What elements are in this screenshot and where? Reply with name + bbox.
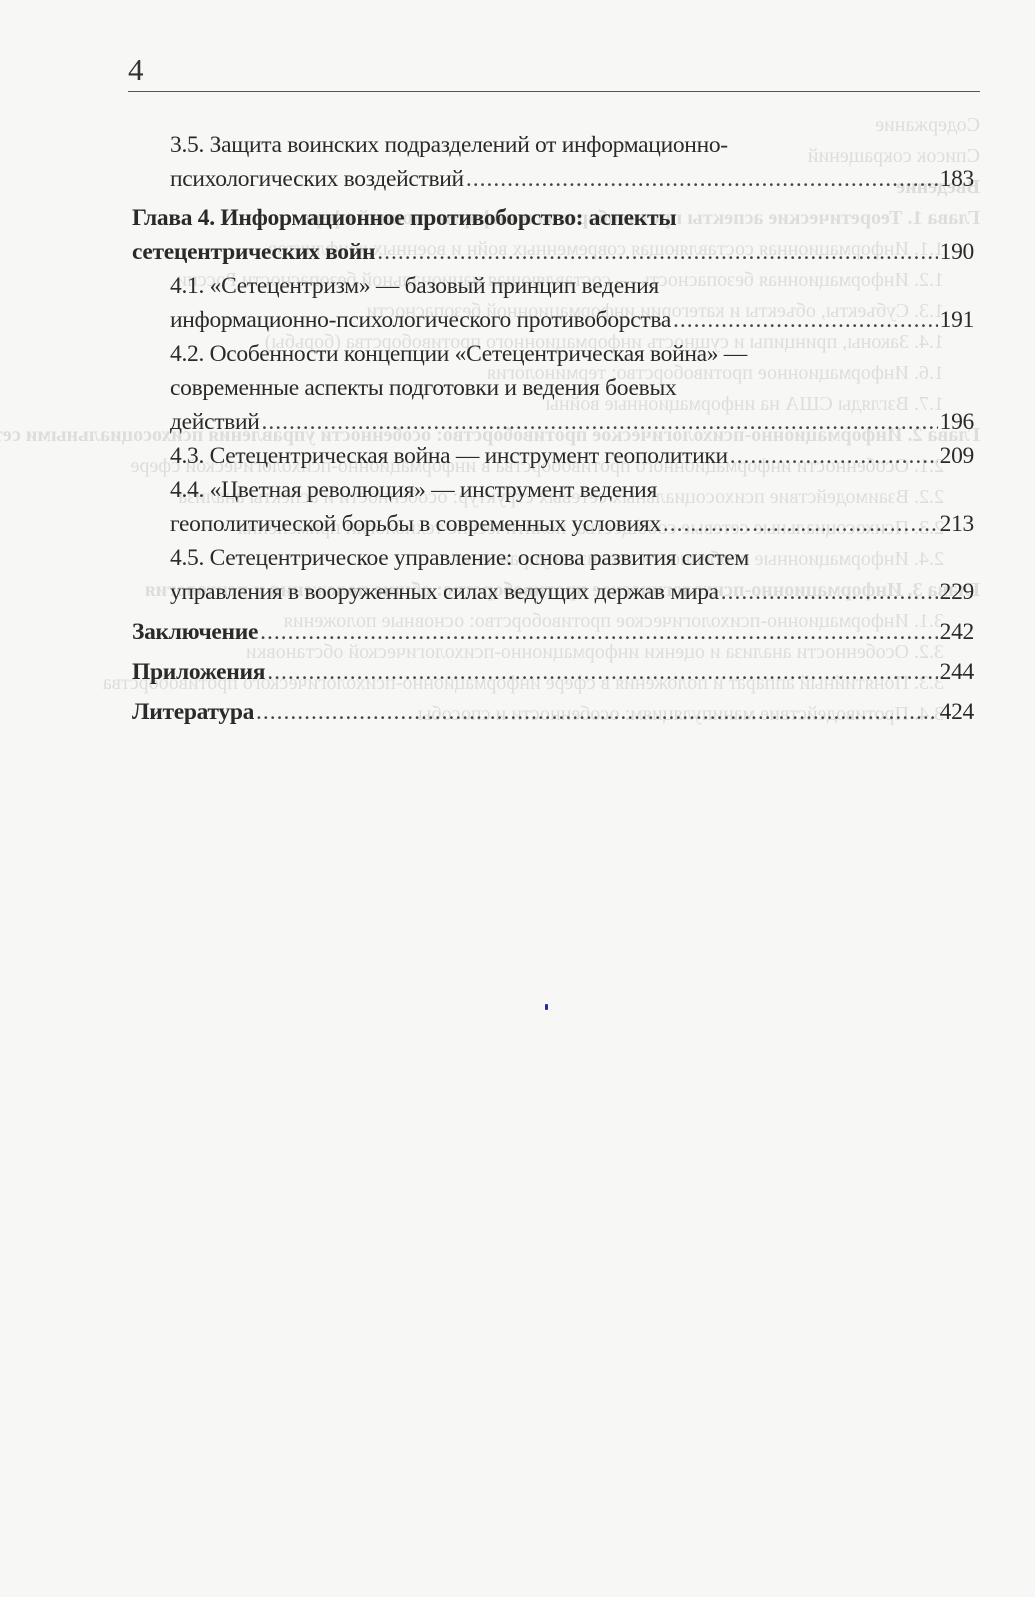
toc-entry-last-line: психологических воздействий183 <box>170 162 974 196</box>
toc-entry-last-line: информационно-психологического противобо… <box>170 303 974 337</box>
dot-leader <box>466 162 938 196</box>
toc-page-number: 244 <box>940 655 974 689</box>
dot-leader <box>673 303 938 337</box>
dot-leader <box>260 615 938 649</box>
toc-entry-last-line: сетецентрических войн190 <box>132 235 974 269</box>
toc-entry-title-line: Литература <box>132 695 254 729</box>
toc-entry-title-line: психологических воздействий <box>170 162 464 196</box>
toc-entry-title-line: Приложения <box>132 655 265 689</box>
toc-page-number: 209 <box>940 439 974 473</box>
toc-entry: Заключение242 <box>132 615 974 649</box>
toc-entry: 4.1. «Сетецентризм» — базовый принцип ве… <box>132 269 974 337</box>
toc-entry: 4.5. Сетецентрическое управление: основа… <box>132 541 974 609</box>
toc-entry-last-line: Приложения244 <box>132 655 974 689</box>
toc-entry: Глава 4. Информационное противоборство: … <box>132 201 974 269</box>
toc-page-number: 191 <box>940 303 974 337</box>
toc-entry-title-line: действий <box>170 405 260 439</box>
toc-entry-last-line: Заключение242 <box>132 615 974 649</box>
toc-page-number: 229 <box>940 575 974 609</box>
table-of-contents: 3.5. Защита воинских подразделений от ин… <box>132 128 974 729</box>
toc-entry-last-line: Литература424 <box>132 695 974 729</box>
toc-entry-title-line: 4.3. Сетецентрическая война — инструмент… <box>170 439 728 473</box>
toc-entry: Литература424 <box>132 695 974 729</box>
page-number: 4 <box>128 52 144 88</box>
toc-entry-title-line: 4.1. «Сетецентризм» — базовый принцип ве… <box>170 269 974 303</box>
dot-leader <box>267 655 937 689</box>
dot-leader <box>262 405 938 439</box>
toc-page-number: 213 <box>940 507 974 541</box>
toc-entry-title-line: 4.2. Особенности концепции «Сетецентриче… <box>170 337 974 371</box>
dot-leader <box>730 439 938 473</box>
toc-page-number: 190 <box>940 235 974 269</box>
toc-entry-last-line: 4.3. Сетецентрическая война — инструмент… <box>170 439 974 473</box>
dot-leader <box>663 507 938 541</box>
toc-entry-title-line: геополитической борьбы в современных усл… <box>170 507 661 541</box>
toc-page-number: 424 <box>940 695 974 729</box>
toc-entry: 4.2. Особенности концепции «Сетецентриче… <box>132 337 974 439</box>
toc-entry-title-line: 4.4. «Цветная революция» — инструмент ве… <box>170 473 974 507</box>
toc-entry: Приложения244 <box>132 655 974 689</box>
dot-leader <box>377 235 937 269</box>
header-rule <box>128 91 980 92</box>
toc-entry-last-line: действий196 <box>170 405 974 439</box>
toc-page-number: 183 <box>940 162 974 196</box>
toc-entry-title-line: управления в вооруженных силах ведущих д… <box>170 575 719 609</box>
toc-entry-title-line: 3.5. Защита воинских подразделений от ин… <box>170 128 974 162</box>
ink-speck <box>545 1004 548 1010</box>
dot-leader <box>721 575 938 609</box>
toc-entry-title-line: Глава 4. Информационное противоборство: … <box>132 201 974 235</box>
toc-entry-last-line: геополитической борьбы в современных усл… <box>170 507 974 541</box>
toc-entry: 4.3. Сетецентрическая война — инструмент… <box>132 439 974 473</box>
toc-entry-last-line: управления в вооруженных силах ведущих д… <box>170 575 974 609</box>
toc-page-number: 196 <box>940 405 974 439</box>
toc-page-number: 242 <box>940 615 974 649</box>
toc-entry: 3.5. Защита воинских подразделений от ин… <box>132 128 974 196</box>
toc-entry-title-line: сетецентрических войн <box>132 235 375 269</box>
toc-entry: 4.4. «Цветная революция» — инструмент ве… <box>132 473 974 541</box>
toc-entry-title-line: информационно-психологического противобо… <box>170 303 671 337</box>
toc-entry-title-line: Заключение <box>132 615 258 649</box>
dot-leader <box>256 695 938 729</box>
toc-entry-title-line: 4.5. Сетецентрическое управление: основа… <box>170 541 974 575</box>
toc-entry-title-line: современные аспекты подготовки и ведения… <box>170 371 974 405</box>
